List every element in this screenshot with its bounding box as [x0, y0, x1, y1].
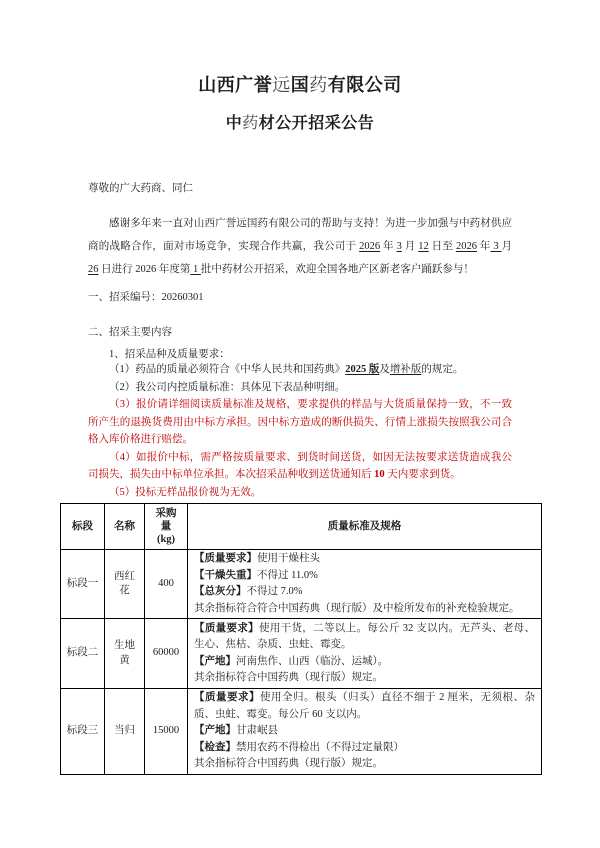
text-run: 材公开招采公告 — [259, 115, 375, 132]
text-run: 药 — [242, 115, 259, 132]
qty-cell: 15000 — [145, 689, 188, 775]
spec-line: 【产地】甘肃岷县 — [194, 723, 535, 740]
text-run: 禁用农药不得检出（不得过定量限） — [236, 742, 404, 753]
spec-line: 其余指标符合中国药典（现行版）规定。 — [194, 756, 535, 773]
table-body: 标段一西红花400【质量要求】使用干燥柱头【干燥失重】不得过 11.0%【总灰分… — [61, 550, 542, 775]
text-run: 26 — [88, 264, 99, 275]
text-run: 增补版 — [390, 364, 422, 375]
text-run: （5）投标无样品报价视为无效。 — [109, 487, 261, 498]
text-run: （3）报价请详细阅读质量标准及规格，要求提供的样品与大货质量保持一致，不一致所产… — [88, 399, 512, 445]
spec-line: 其余指标符合中国药典（现行版）规定。 — [194, 670, 535, 687]
text-run: 【质量要求】 — [194, 623, 259, 634]
spec-line: 【质量要求】使用干货，二等以上。每公斤 32 支以内。无芦头、老母、生心、焦枯、… — [194, 621, 535, 654]
notice-item: （5）投标无样品报价视为无效。 — [88, 484, 512, 502]
spec-line: 【检查】禁用农药不得检出（不得过定量限） — [194, 740, 535, 757]
text-run: 【检查】 — [194, 742, 236, 753]
text-run: 年 — [477, 241, 491, 252]
spec-line: 其余指标符合符合中国药典（现行版）及中检所发布的补充检验规定。 — [194, 601, 535, 618]
qty-cell: 400 — [145, 550, 188, 619]
spec-cell: 【质量要求】使用干燥柱头【干燥失重】不得过 11.0%【总灰分】不得过 7.0%… — [188, 550, 542, 619]
notice-item: （2）我公司内控质量标准：具体见下表品种明细。 — [88, 379, 512, 397]
text-run: 12 — [418, 241, 429, 252]
spec-line: 【干燥失重】不得过 11.0% — [194, 568, 535, 585]
notice-number-value: 20260301 — [162, 292, 204, 303]
text-run: 山西广誉 — [198, 75, 272, 95]
lot-cell: 标段一 — [61, 550, 105, 619]
text-run: 【质量要求】 — [194, 553, 257, 564]
text-run: 其余指标符合中国药典（现行版）规定。 — [194, 672, 383, 683]
spec-cell: 【质量要求】使用全归。根头（归头）直径不细于 2 厘米，无须根、杂质、虫蛀、霉变… — [188, 689, 542, 775]
table-row: 标段三当归15000【质量要求】使用全归。根头（归头）直径不细于 2 厘米，无须… — [61, 689, 542, 775]
text-run: 使用干燥柱头 — [257, 553, 320, 564]
text-run: 其余指标符合符合中国药典（现行版）及中检所发布的补充检验规定。 — [194, 603, 520, 614]
sub-heading-quality: 1、招采品种及质量要求： — [109, 346, 230, 361]
doc-title: 中药材公开招采公告 — [0, 110, 600, 133]
text-run: 批中药材公开招采，欢迎全国各地产区新老客户踊跃参与！ — [201, 264, 474, 275]
intro-paragraph: 感谢多年来一直对山西广誉远国药有限公司的帮助与支持！为进一步加强与中药材供应商的… — [88, 212, 512, 282]
spec-line: 【质量要求】使用干燥柱头 — [194, 551, 535, 568]
spec-line: 【总灰分】不得过 7.0% — [194, 584, 535, 601]
text-run: 月 — [402, 241, 418, 252]
text-run: 【总灰分】 — [194, 586, 247, 597]
text-run: 【干燥失重】 — [194, 570, 257, 581]
text-run: 10 — [372, 469, 388, 480]
table-header-cell: 名称 — [105, 504, 145, 550]
notice-item: （4）如报价中标，需严格按质量要求、到货时间送货，如因无法按要求送货造成我公司损… — [88, 449, 512, 484]
text-run: 3 — [491, 241, 502, 252]
name-cell: 西红花 — [105, 550, 145, 619]
table-header-row: 标段名称采购 量 (kg)质量标准及规格 — [61, 504, 542, 550]
notice-items: （1）药品的质量必须符合《中华人民共和国药典》2025 版及增补版的规定。（2）… — [88, 361, 512, 501]
table-row: 标段一西红花400【质量要求】使用干燥柱头【干燥失重】不得过 11.0%【总灰分… — [61, 550, 542, 619]
lots-table-wrap: 标段名称采购 量 (kg)质量标准及规格 标段一西红花400【质量要求】使用干燥… — [60, 503, 542, 775]
document-page: 山西广誉远国药有限公司 中药材公开招采公告 尊敬的广大药商、同仁 感谢多年来一直… — [0, 0, 600, 848]
notice-item: （1）药品的质量必须符合《中华人民共和国药典》2025 版及增补版的规定。 — [88, 361, 512, 379]
text-run: 不得过 11.0% — [257, 570, 318, 581]
text-run: 药 — [309, 75, 328, 95]
text-run: 【产地】 — [194, 725, 236, 736]
notice-item: （3）报价请详细阅读质量标准及规格，要求提供的样品与大货质量保持一致，不一致所产… — [88, 396, 512, 449]
text-run: 月 — [502, 241, 513, 252]
table-header-cell: 标段 — [61, 504, 105, 550]
lots-table: 标段名称采购 量 (kg)质量标准及规格 标段一西红花400【质量要求】使用干燥… — [60, 503, 542, 775]
table-header-cell: 质量标准及规格 — [188, 504, 542, 550]
text-run: 2026 — [359, 241, 380, 252]
text-run: （2）我公司内控质量标准：具体见下表品种明细。 — [109, 382, 345, 393]
table-header-cell: 采购 量 (kg) — [145, 504, 188, 550]
text-run: 甘肃岷县 — [236, 725, 278, 736]
spec-line: 【质量要求】使用全归。根头（归头）直径不细于 2 厘米，无须根、杂质、虫蛀、霉变… — [194, 690, 535, 723]
text-run: 河南焦作、山西（临汾、运城）。 — [236, 656, 388, 667]
text-run: 2026 — [456, 241, 477, 252]
text-run: 国 — [291, 75, 310, 95]
text-run: 【产地】 — [194, 656, 236, 667]
text-run: 及 — [379, 364, 390, 375]
spec-cell: 【质量要求】使用干货，二等以上。每公斤 32 支以内。无芦头、老母、生心、焦枯、… — [188, 619, 542, 689]
qty-cell: 60000 — [145, 619, 188, 689]
section-main-content: 二、招采主要内容 — [88, 324, 172, 339]
notice-number-label: 一、招采编号： — [88, 292, 162, 303]
text-run: 日进行 2026 年度第 — [99, 264, 191, 275]
company-title: 山西广誉远国药有限公司 — [0, 71, 600, 97]
text-run: 日至 — [429, 241, 456, 252]
greeting-line: 尊敬的广大药商、同仁 — [88, 180, 193, 195]
text-run: 不得过 7.0% — [247, 586, 303, 597]
text-run: 有限公司 — [328, 75, 402, 95]
lot-cell: 标段二 — [61, 619, 105, 689]
text-run: 其余指标符合中国药典（现行版）规定。 — [194, 758, 383, 769]
text-run: 的规定。 — [421, 364, 463, 375]
lot-cell: 标段三 — [61, 689, 105, 775]
text-run: 【质量要求】 — [194, 692, 260, 703]
text-run: （1）药品的质量必须符合《中华人民共和国药典》 — [109, 364, 345, 375]
text-run: 2025 版 — [345, 364, 379, 375]
text-run: 中 — [226, 115, 243, 132]
text-run: 1 — [190, 264, 201, 275]
table-row: 标段二生地黄60000【质量要求】使用干货，二等以上。每公斤 32 支以内。无芦… — [61, 619, 542, 689]
name-cell: 当归 — [105, 689, 145, 775]
text-run: 远 — [272, 75, 291, 95]
text-run: 年 — [380, 241, 396, 252]
spec-line: 【产地】河南焦作、山西（临汾、运城）。 — [194, 654, 535, 671]
text-run: 天内要求到货。 — [387, 469, 461, 480]
section-notice-number: 一、招采编号：20260301 — [88, 289, 204, 304]
name-cell: 生地黄 — [105, 619, 145, 689]
